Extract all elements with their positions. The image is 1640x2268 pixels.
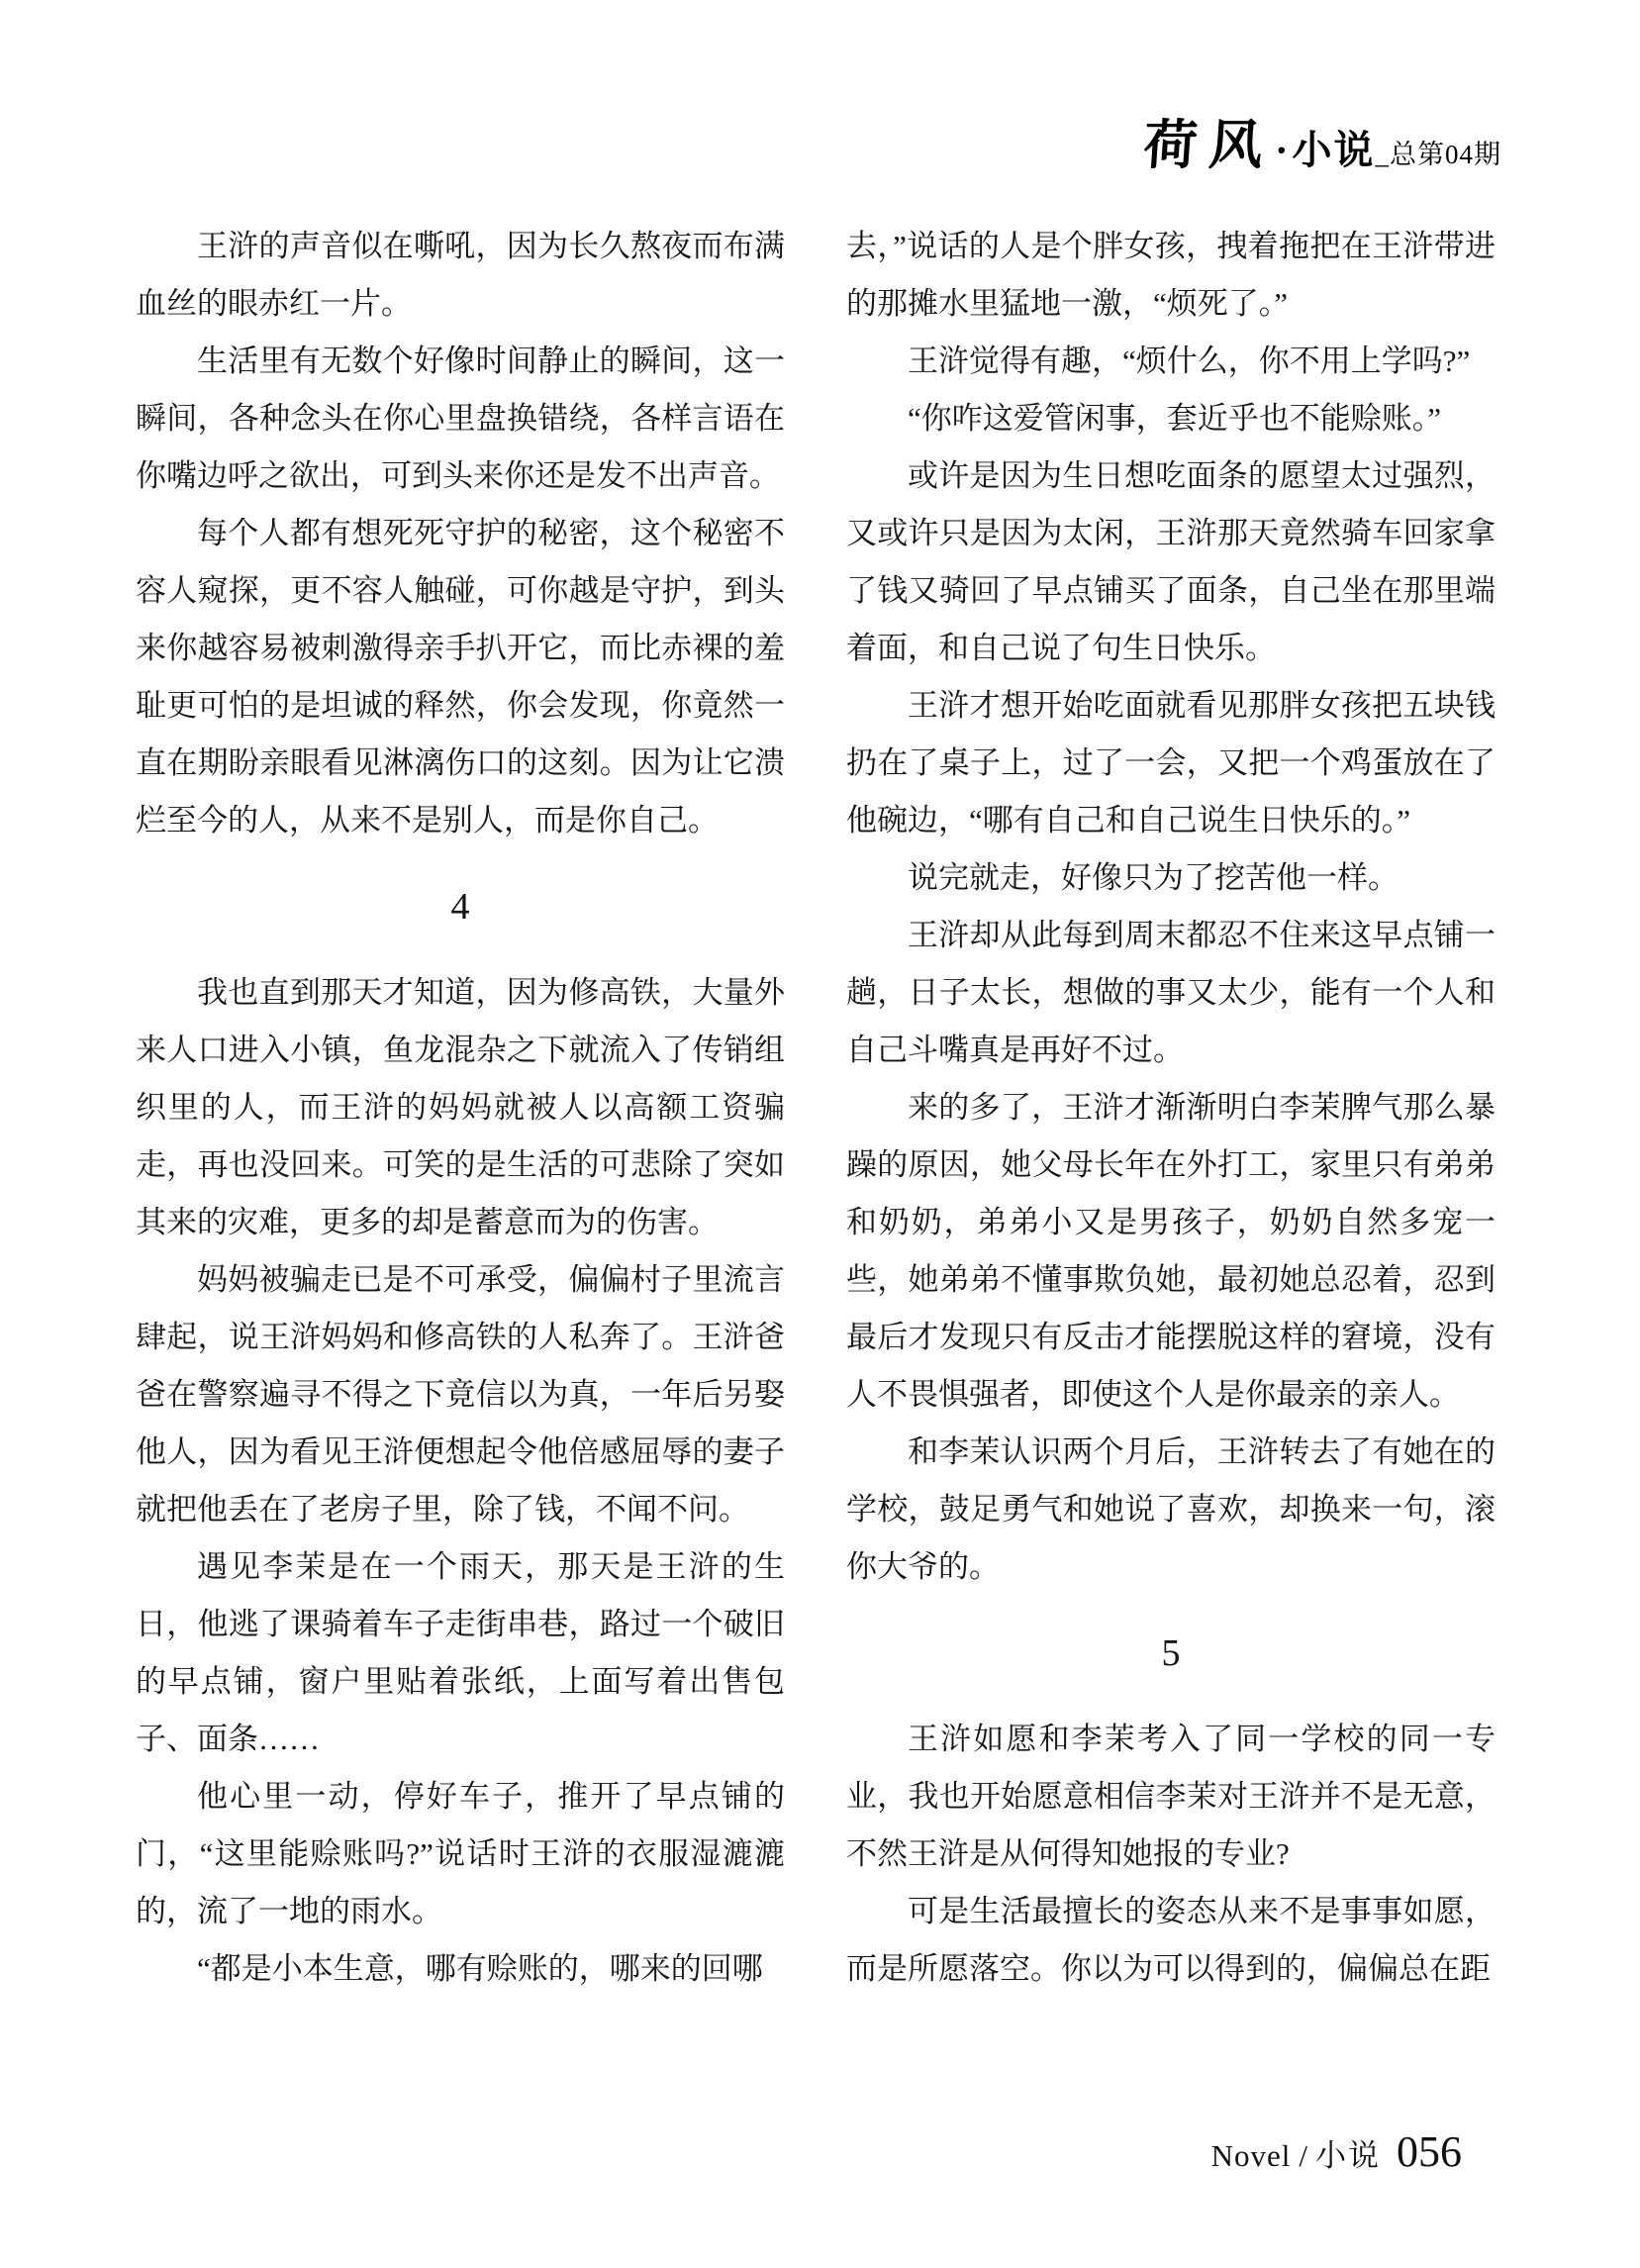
paragraph: 和李茉认识两个月后，王浒转去了有她在的学校，鼓足勇气和她说了喜欢，却换来一句，滚…: [846, 1424, 1495, 1596]
page-number: 056: [1397, 2126, 1462, 2177]
paragraph: “都是小本生意，哪有赊账的，哪来的回哪: [136, 1940, 785, 1998]
section-heading-4: 4: [136, 878, 785, 936]
paragraph: 我也直到那天才知道，因为修高铁，大量外来人口进入小镇，鱼龙混杂之下就流入了传销组…: [136, 964, 785, 1251]
magazine-page: 荷风 · 小说 _总第04期 王浒的声音似在嘶吼，因为长久熬夜而布满血丝的眼赤红…: [0, 0, 1640, 2268]
page-footer: Novel / 小说 056: [1211, 2126, 1462, 2177]
masthead: 荷风 · 小说 _总第04期: [1144, 103, 1501, 179]
paragraph-continuation: 去，”说话的人是个胖女孩，拽着拖把在王浒带进的那摊水里猛地一激，“烦死了。”: [846, 218, 1495, 333]
paragraph: 王浒觉得有趣，“烦什么，你不用上学吗?”: [846, 333, 1495, 390]
paragraph: 生活里有无数个好像时间静止的瞬间，这一瞬间，各种念头在你心里盘换错绕，各样言语在…: [136, 333, 785, 505]
left-column: 王浒的声音似在嘶吼，因为长久熬夜而布满血丝的眼赤红一片。 生活里有无数个好像时间…: [136, 218, 785, 1998]
masthead-dot-separator: ·: [1275, 127, 1288, 173]
masthead-section-name: 小说: [1293, 119, 1376, 175]
footer-separator: /: [1299, 2138, 1307, 2174]
paragraph: 王浒的声音似在嘶吼，因为长久熬夜而布满血丝的眼赤红一片。: [136, 218, 785, 333]
paragraph: 遇见李茉是在一个雨天，那天是王浒的生日，他逃了课骑着车子走街串巷，路过一个破旧的…: [136, 1538, 785, 1768]
paragraph: 可是生活最擅长的姿态从来不是事事如愿，而是所愿落空。你以为可以得到的，偏偏总在距: [846, 1883, 1495, 1998]
paragraph: 王浒才想开始吃面就看见那胖女孩把五块钱扔在了桌子上，过了一会，又把一个鸡蛋放在了…: [846, 677, 1495, 849]
footer-section-zh: 小说: [1315, 2130, 1381, 2175]
paragraph: 妈妈被骗走已是不可承受，偏偏村子里流言肆起，说王浒妈妈和修高铁的人私奔了。王浒爸…: [136, 1251, 785, 1538]
section-heading-5: 5: [846, 1625, 1495, 1682]
paragraph: 每个人都有想死死守护的秘密，这个秘密不容人窥探，更不容人触碰，可你越是守护，到头…: [136, 505, 785, 849]
footer-section-en: Novel: [1211, 2138, 1292, 2174]
paragraph: 来的多了，王浒才渐渐明白李茉脾气那么暴躁的原因，她父母长年在外打工，家里只有弟弟…: [846, 1079, 1495, 1424]
paragraph: 说完就走，好像只为了挖苦他一样。: [846, 849, 1495, 907]
paragraph: 王浒如愿和李茉考入了同一学校的同一专业，我也开始愿意相信李茉对王浒并不是无意，不…: [846, 1711, 1495, 1883]
article-body: 王浒的声音似在嘶吼，因为长久熬夜而布满血丝的眼赤红一片。 生活里有无数个好像时间…: [136, 218, 1495, 1998]
paragraph: 他心里一动，停好车子，推开了早点铺的门，“这里能赊账吗?”说话时王浒的衣服湿漉漉…: [136, 1768, 785, 1940]
paragraph: “你咋这爱管闲事，套近乎也不能赊账。”: [846, 390, 1495, 447]
magazine-name: 荷风: [1141, 103, 1277, 179]
paragraph: 或许是因为生日想吃面条的愿望太过强烈，又或许只是因为太闲，王浒那天竟然骑车回家拿…: [846, 447, 1495, 677]
right-column: 去，”说话的人是个胖女孩，拽着拖把在王浒带进的那摊水里猛地一激，“烦死了。” 王…: [846, 218, 1495, 1998]
paragraph: 王浒却从此每到周末都忍不住来这早点铺一趟，日子太长，想做的事又太少，能有一个人和…: [846, 907, 1495, 1079]
masthead-issue-label: _总第04期: [1376, 133, 1502, 171]
